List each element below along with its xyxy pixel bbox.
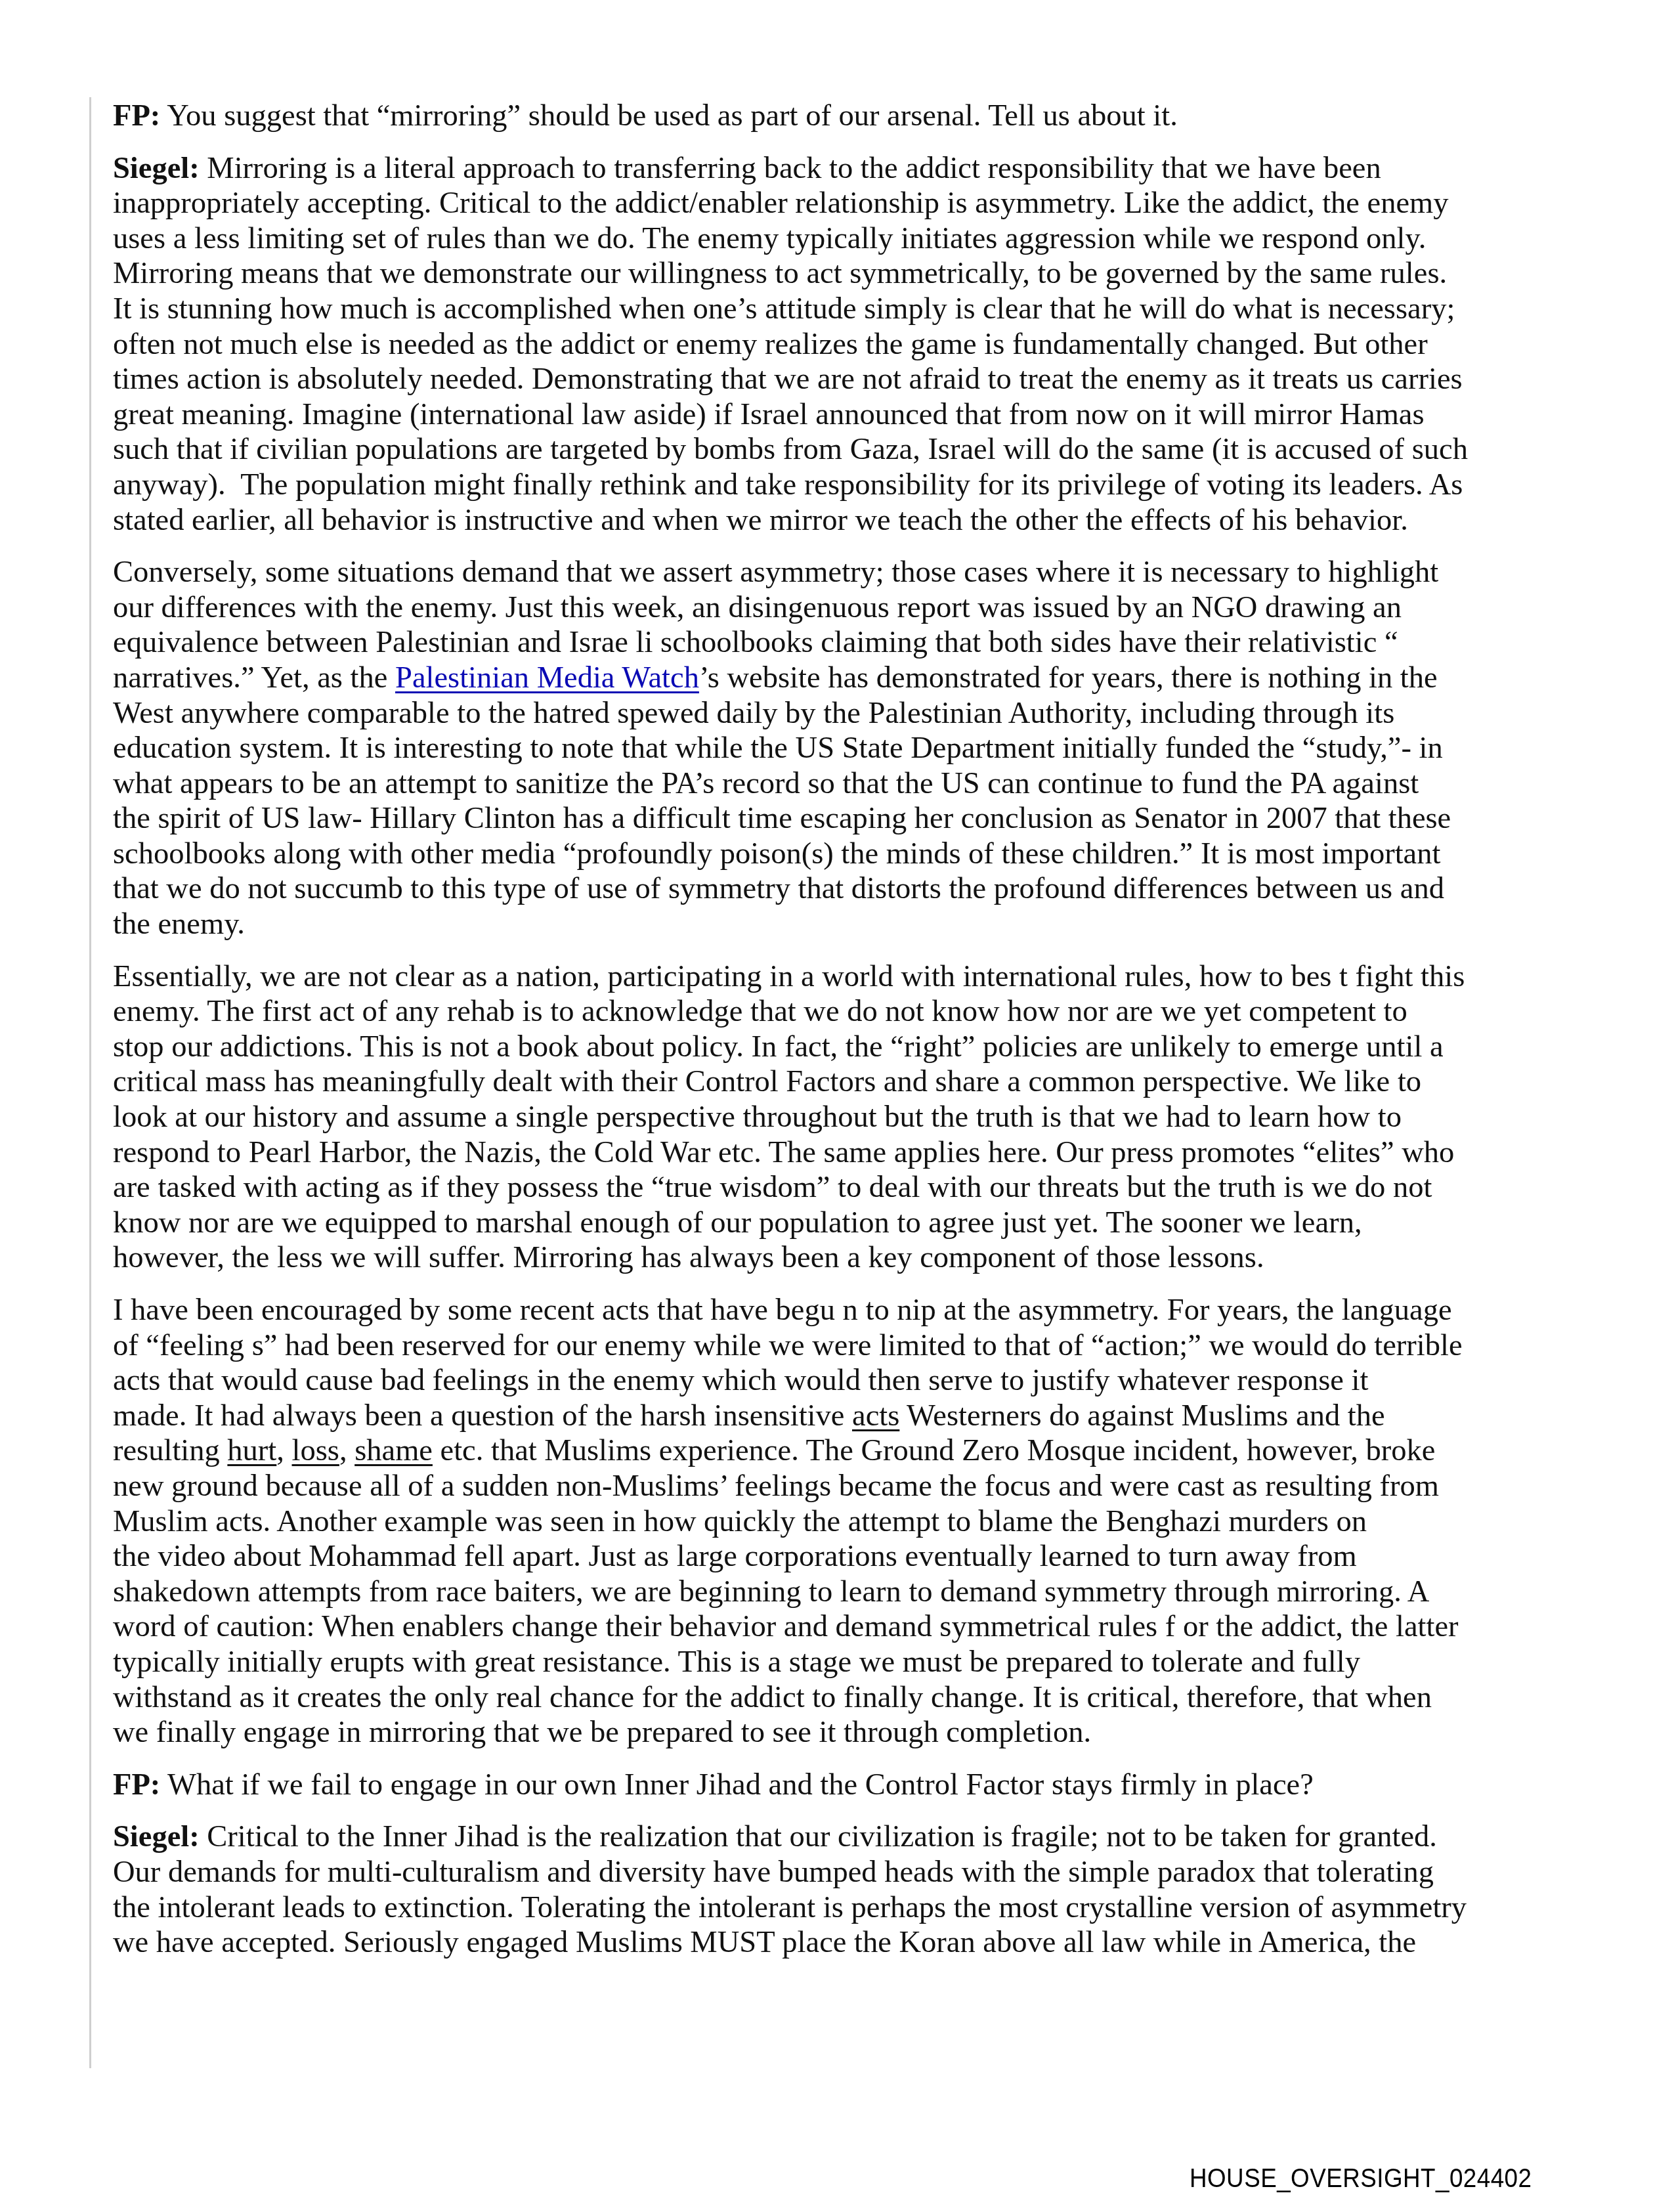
text-segment: education system. It is interesting to n… xyxy=(113,731,1443,765)
bates-stamp: HOUSE_OVERSIGHT_024402 xyxy=(1190,2164,1532,2194)
text-line: the spirit of US law- Hillary Clinton ha… xyxy=(113,801,1583,836)
text-line: FP: What if we fail to engage in our own… xyxy=(113,1767,1583,1803)
document-body: FP: You suggest that “mirroring” should … xyxy=(113,98,1583,1978)
text-line: acts that would cause bad feelings in th… xyxy=(113,1363,1583,1399)
text-line: Muslim acts. Another example was seen in… xyxy=(113,1504,1583,1540)
text-line: Mirroring means that we demonstrate our … xyxy=(113,256,1583,292)
text-segment: stop our addictions. This is not a book … xyxy=(113,1030,1444,1064)
palestinian-media-watch-link[interactable]: Palestinian Media Watch xyxy=(395,661,699,695)
text-line: Essentially, we are not clear as a natio… xyxy=(113,959,1583,995)
text-segment: Conversely, some situations demand that … xyxy=(113,555,1438,589)
text-line: however, the less we will suffer. Mirror… xyxy=(113,1240,1583,1276)
text-segment: etc. that Muslims experience. The Ground… xyxy=(433,1434,1435,1467)
text-line: withstand as it creates the only real ch… xyxy=(113,1680,1583,1716)
text-line: schoolbooks along with other media “prof… xyxy=(113,836,1583,872)
text-segment: made. It had always been a question of t… xyxy=(113,1399,852,1433)
text-line: look at our history and assume a single … xyxy=(113,1100,1583,1135)
text-segment: such that if civilian populations are ta… xyxy=(113,433,1468,466)
text-segment: What if we fail to engage in our own Inn… xyxy=(160,1768,1314,1802)
text-line: new ground because all of a sudden non-M… xyxy=(113,1469,1583,1504)
text-line: typically initially erupts with great re… xyxy=(113,1645,1583,1680)
text-line: the intolerant leads to extinction. Tole… xyxy=(113,1890,1583,1926)
body-paragraph: I have been encouraged by some recent ac… xyxy=(113,1293,1583,1750)
text-line: shakedown attempts from race baiters, we… xyxy=(113,1574,1583,1610)
text-segment: our differences with the enemy. Just thi… xyxy=(113,591,1402,624)
text-line: Conversely, some situations demand that … xyxy=(113,555,1583,590)
text-segment: anyway). The population might finally re… xyxy=(113,468,1463,502)
text-line: Siegel: Mirroring is a literal approach … xyxy=(113,151,1583,186)
text-line: the enemy. xyxy=(113,907,1583,942)
text-segment: the intolerant leads to extinction. Tole… xyxy=(113,1891,1467,1924)
text-segment: equivalence between Palestinian and Isra… xyxy=(113,626,1398,659)
text-segment: times action is absolutely needed. Demon… xyxy=(113,362,1463,396)
text-line: we finally engage in mirroring that we b… xyxy=(113,1715,1583,1750)
document-page: FP: You suggest that “mirroring” should … xyxy=(0,0,1674,2212)
text-line: Our demands for multi-culturalism and di… xyxy=(113,1855,1583,1890)
text-line: stop our addictions. This is not a book … xyxy=(113,1030,1583,1065)
text-segment: critical mass has meaningfully dealt wit… xyxy=(113,1065,1421,1098)
speaker-label: Siegel: xyxy=(113,1820,200,1854)
text-line: equivalence between Palestinian and Isra… xyxy=(113,625,1583,661)
text-segment: Critical to the Inner Jihad is the reali… xyxy=(200,1820,1437,1854)
text-segment: , xyxy=(276,1434,291,1467)
text-line: FP: You suggest that “mirroring” should … xyxy=(113,98,1583,134)
text-line: made. It had always been a question of t… xyxy=(113,1399,1583,1434)
text-segment: Mirroring is a literal approach to trans… xyxy=(200,152,1381,185)
text-segment: withstand as it creates the only real ch… xyxy=(113,1681,1432,1714)
text-segment: however, the less we will suffer. Mirror… xyxy=(113,1241,1264,1274)
text-line: know nor are we equipped to marshal enou… xyxy=(113,1205,1583,1241)
margin-rule xyxy=(89,97,91,2068)
body-paragraph: Essentially, we are not clear as a natio… xyxy=(113,959,1583,1276)
text-segment: look at our history and assume a single … xyxy=(113,1100,1402,1134)
text-segment: shakedown attempts from race baiters, we… xyxy=(113,1575,1429,1609)
text-line: times action is absolutely needed. Demon… xyxy=(113,362,1583,397)
text-segment: uses a less limiting set of rules than w… xyxy=(113,222,1426,255)
text-segment: schoolbooks along with other media “prof… xyxy=(113,837,1440,871)
text-line: It is stunning how much is accomplished … xyxy=(113,292,1583,327)
text-segment: Muslim acts. Another example was seen in… xyxy=(113,1505,1367,1538)
text-segment: Westerners do against Muslims and the xyxy=(899,1399,1384,1433)
text-segment: new ground because all of a sudden non-M… xyxy=(113,1469,1439,1503)
text-line: what appears to be an attempt to sanitiz… xyxy=(113,766,1583,802)
text-segment: respond to Pearl Harbor, the Nazis, the … xyxy=(113,1136,1454,1169)
text-line: I have been encouraged by some recent ac… xyxy=(113,1293,1583,1328)
text-segment: You suggest that “mirroring” should be u… xyxy=(160,99,1178,133)
text-segment: Essentially, we are not clear as a natio… xyxy=(113,960,1465,993)
speaker-label: Siegel: xyxy=(113,152,200,185)
underlined-word: acts xyxy=(852,1399,899,1433)
text-line: often not much else is needed as the add… xyxy=(113,327,1583,362)
text-segment: inappropriately accepting. Critical to t… xyxy=(113,186,1449,220)
text-segment: , xyxy=(339,1434,354,1467)
text-segment: the spirit of US law- Hillary Clinton ha… xyxy=(113,802,1451,835)
text-line: that we do not succumb to this type of u… xyxy=(113,871,1583,907)
text-line: enemy. The first act of any rehab is to … xyxy=(113,994,1583,1030)
text-line: education system. It is interesting to n… xyxy=(113,731,1583,766)
text-line: respond to Pearl Harbor, the Nazis, the … xyxy=(113,1135,1583,1171)
text-line: resulting hurt, loss, shame etc. that Mu… xyxy=(113,1433,1583,1469)
text-segment: West anywhere comparable to the hatred s… xyxy=(113,697,1394,730)
text-line: stated earlier, all behavior is instruct… xyxy=(113,503,1583,538)
text-line: anyway). The population might finally re… xyxy=(113,467,1583,503)
text-segment: narratives.” Yet, as the xyxy=(113,661,395,695)
interview-paragraph: Siegel: Critical to the Inner Jihad is t… xyxy=(113,1819,1583,1960)
text-line: critical mass has meaningfully dealt wit… xyxy=(113,1064,1583,1100)
underlined-word: loss xyxy=(292,1434,339,1467)
text-line: word of caution: When enablers change th… xyxy=(113,1609,1583,1645)
text-segment: the video about Mohammad fell apart. Jus… xyxy=(113,1540,1357,1573)
text-segment: great meaning. Imagine (international la… xyxy=(113,398,1425,431)
text-segment: that we do not succumb to this type of u… xyxy=(113,872,1444,905)
text-segment: It is stunning how much is accomplished … xyxy=(113,292,1455,326)
speaker-label: FP: xyxy=(113,99,160,133)
underlined-word: shame xyxy=(354,1434,433,1467)
speaker-label: FP: xyxy=(113,1768,160,1802)
text-segment: acts that would cause bad feelings in th… xyxy=(113,1364,1368,1397)
text-segment: Mirroring means that we demonstrate our … xyxy=(113,257,1447,290)
text-segment: enemy. The first act of any rehab is to … xyxy=(113,995,1407,1028)
text-segment: ’s website has demonstrated for years, t… xyxy=(699,661,1438,695)
text-segment: resulting xyxy=(113,1434,227,1467)
text-line: West anywhere comparable to the hatred s… xyxy=(113,696,1583,731)
text-line: such that if civilian populations are ta… xyxy=(113,432,1583,467)
interview-paragraph: Siegel: Mirroring is a literal approach … xyxy=(113,151,1583,538)
interview-paragraph: FP: You suggest that “mirroring” should … xyxy=(113,98,1583,134)
underlined-word: hurt xyxy=(227,1434,276,1467)
text-segment: are tasked with acting as if they posses… xyxy=(113,1171,1432,1204)
text-segment: the enemy. xyxy=(113,907,245,941)
text-segment: Our demands for multi-culturalism and di… xyxy=(113,1855,1434,1889)
text-segment: we finally engage in mirroring that we b… xyxy=(113,1716,1091,1749)
text-segment: word of caution: When enablers change th… xyxy=(113,1610,1459,1643)
text-segment: we have accepted. Seriously engaged Musl… xyxy=(113,1926,1416,1959)
text-line: great meaning. Imagine (international la… xyxy=(113,397,1583,433)
text-line: the video about Mohammad fell apart. Jus… xyxy=(113,1539,1583,1574)
text-line: are tasked with acting as if they posses… xyxy=(113,1170,1583,1205)
text-line: narratives.” Yet, as the Palestinian Med… xyxy=(113,661,1583,696)
text-line: we have accepted. Seriously engaged Musl… xyxy=(113,1925,1583,1961)
text-segment: stated earlier, all behavior is instruct… xyxy=(113,504,1408,537)
text-line: our differences with the enemy. Just thi… xyxy=(113,590,1583,626)
text-segment: know nor are we equipped to marshal enou… xyxy=(113,1206,1362,1240)
text-segment: what appears to be an attempt to sanitiz… xyxy=(113,767,1419,800)
text-line: of “feeling s” had been reserved for our… xyxy=(113,1328,1583,1364)
text-line: inappropriately accepting. Critical to t… xyxy=(113,186,1583,221)
text-segment: typically initially erupts with great re… xyxy=(113,1645,1360,1679)
body-paragraph: Conversely, some situations demand that … xyxy=(113,555,1583,942)
text-segment: of “feeling s” had been reserved for our… xyxy=(113,1329,1463,1362)
text-segment: often not much else is needed as the add… xyxy=(113,328,1428,361)
text-line: uses a less limiting set of rules than w… xyxy=(113,221,1583,257)
text-line: Siegel: Critical to the Inner Jihad is t… xyxy=(113,1819,1583,1855)
interview-paragraph: FP: What if we fail to engage in our own… xyxy=(113,1767,1583,1803)
text-segment: I have been encouraged by some recent ac… xyxy=(113,1293,1452,1327)
